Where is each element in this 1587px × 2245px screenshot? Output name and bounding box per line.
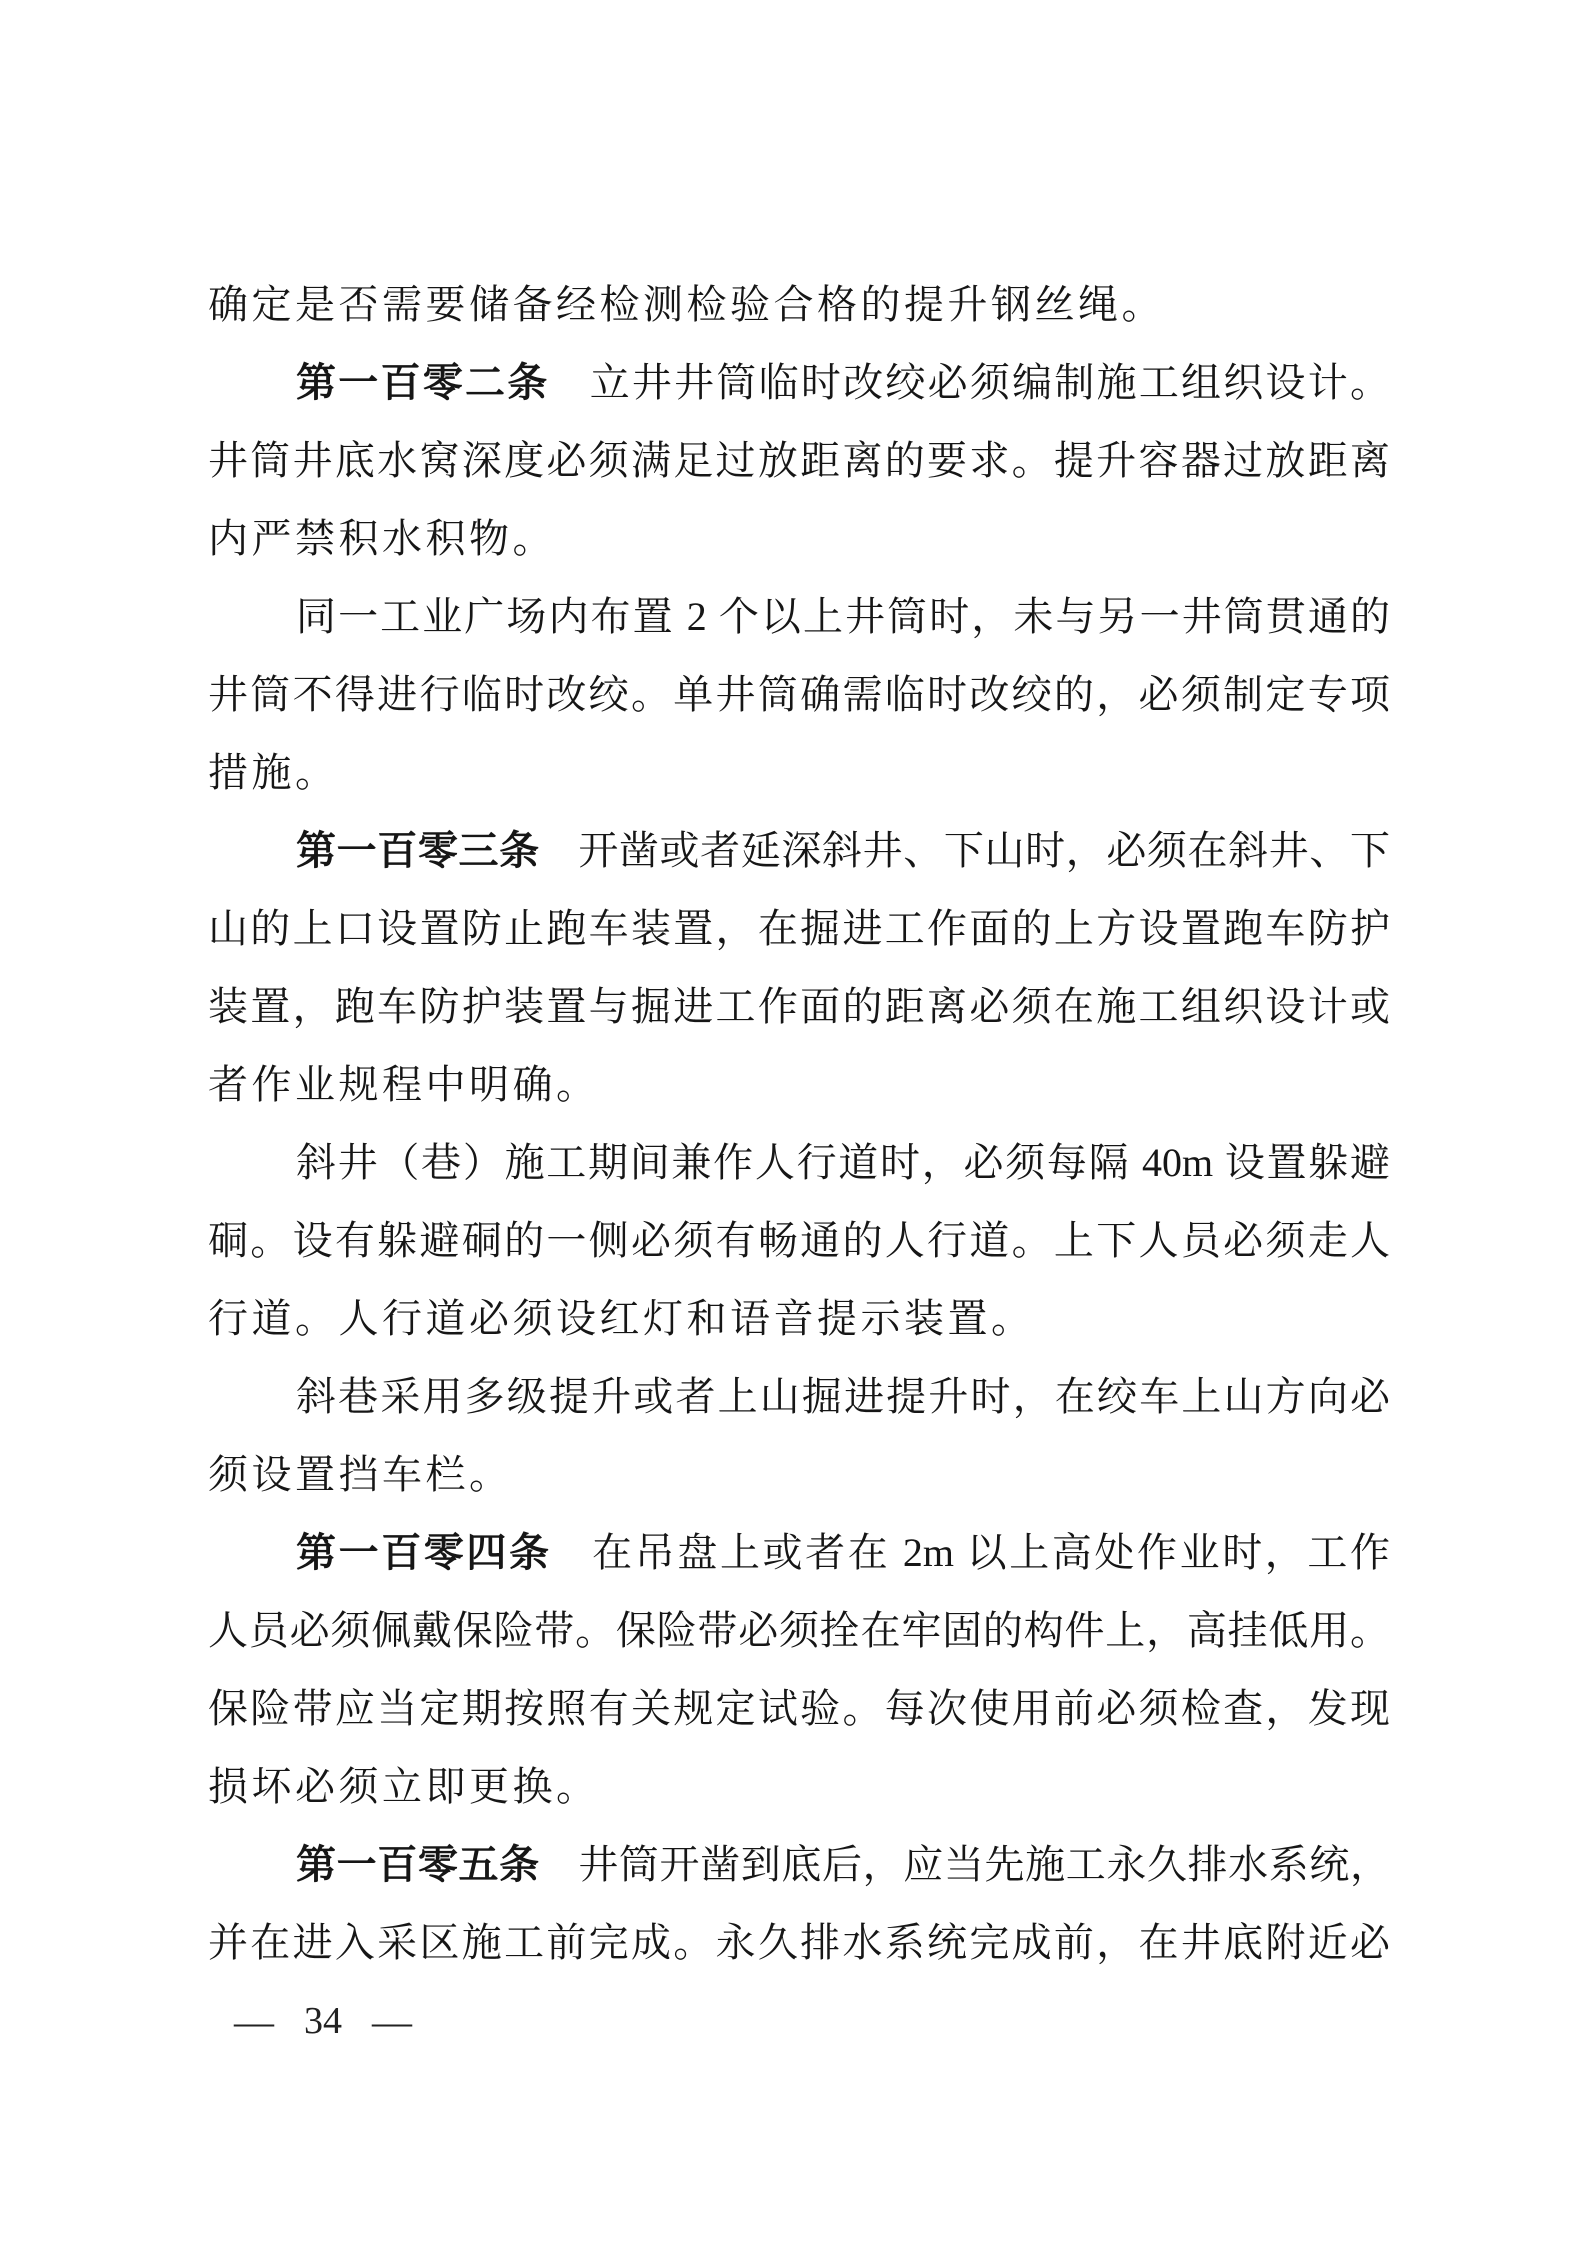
text-line: 内严禁积水积物。	[208, 500, 1390, 578]
line-text: 者作业规程中明确。	[208, 1062, 600, 1107]
article-number-gap	[549, 395, 587, 396]
article-number: 第一百零二条	[296, 360, 549, 405]
page-footer: — 34 —	[208, 1996, 412, 2046]
text-line: 硐。设有躲避硐的一侧必须有畅通的人行道。上下人员必须走人	[208, 1202, 1390, 1280]
line-text: 山的上口设置防止跑车装置，在掘进工作面的上方设置跑车防护	[208, 906, 1390, 951]
text-line: 装置，跑车防护装置与掘进工作面的距离必须在施工组织设计或	[208, 968, 1390, 1046]
line-text: 井筒开凿到底后，应当先施工永久排水系统，	[578, 1842, 1390, 1887]
line-text: 同一工业广场内布置 2 个以上井筒时，未与另一井筒贯通的	[296, 594, 1390, 639]
text-line: 第一百零二条立井井筒临时改绞必须编制施工组织设计。	[208, 344, 1390, 422]
article-number: 第一百零三条	[296, 828, 540, 873]
text-line: 确定是否需要储备经检测检验合格的提升钢丝绳。	[208, 266, 1390, 344]
line-text: 斜巷采用多级提升或者上山掘进提升时，在绞车上山方向必	[296, 1374, 1390, 1419]
text-line: 山的上口设置防止跑车装置，在掘进工作面的上方设置跑车防护	[208, 890, 1390, 968]
text-line: 须设置挡车栏。	[208, 1436, 1390, 1514]
article-number: 第一百零五条	[296, 1842, 540, 1887]
footer-dash-left: —	[234, 1998, 274, 2045]
text-line: 斜巷采用多级提升或者上山掘进提升时，在绞车上山方向必	[208, 1358, 1390, 1436]
article-number-gap	[540, 863, 578, 864]
line-text: 装置，跑车防护装置与掘进工作面的距离必须在施工组织设计或	[208, 984, 1390, 1029]
line-text: 开凿或者延深斜井、下山时，必须在斜井、下	[578, 828, 1390, 873]
article-number-gap	[552, 1565, 590, 1566]
line-text: 损坏必须立即更换。	[208, 1764, 600, 1809]
text-line: 并在进入采区施工前完成。永久排水系统完成前，在井底附近必	[208, 1904, 1390, 1982]
text-line: 第一百零五条井筒开凿到底后，应当先施工永久排水系统，	[208, 1826, 1390, 1904]
text-line: 同一工业广场内布置 2 个以上井筒时，未与另一井筒贯通的	[208, 578, 1390, 656]
article-number: 第一百零四条	[296, 1530, 552, 1575]
text-line: 损坏必须立即更换。	[208, 1748, 1390, 1826]
text-line: 井筒井底水窝深度必须满足过放距离的要求。提升容器过放距离	[208, 422, 1390, 500]
text-line: 斜井（巷）施工期间兼作人行道时，必须每隔 40m 设置躲避	[208, 1124, 1390, 1202]
line-text: 须设置挡车栏。	[208, 1452, 513, 1497]
line-text: 井筒井底水窝深度必须满足过放距离的要求。提升容器过放距离	[208, 438, 1390, 483]
line-text: 内严禁积水积物。	[208, 516, 556, 561]
line-text: 斜井（巷）施工期间兼作人行道时，必须每隔 40m 设置躲避	[296, 1140, 1390, 1185]
line-text: 行道。人行道必须设红灯和语音提示装置。	[208, 1296, 1035, 1341]
line-text: 人员必须佩戴保险带。保险带必须拴在牢固的构件上，高挂低用。	[208, 1608, 1390, 1653]
line-text: 硐。设有躲避硐的一侧必须有畅通的人行道。上下人员必须走人	[208, 1218, 1390, 1263]
line-text: 确定是否需要储备经检测检验合格的提升钢丝绳。	[208, 282, 1165, 327]
text-line: 保险带应当定期按照有关规定试验。每次使用前必须检查，发现	[208, 1670, 1390, 1748]
line-text: 措施。	[208, 750, 339, 795]
line-text: 保险带应当定期按照有关规定试验。每次使用前必须检查，发现	[208, 1686, 1390, 1731]
text-line: 者作业规程中明确。	[208, 1046, 1390, 1124]
text-line: 第一百零三条开凿或者延深斜井、下山时，必须在斜井、下	[208, 812, 1390, 890]
line-text: 立井井筒临时改绞必须编制施工组织设计。	[587, 360, 1390, 405]
text-block: 确定是否需要储备经检测检验合格的提升钢丝绳。第一百零二条立井井筒临时改绞必须编制…	[208, 266, 1390, 1982]
text-line: 人员必须佩戴保险带。保险带必须拴在牢固的构件上，高挂低用。	[208, 1592, 1390, 1670]
document-page: 确定是否需要储备经检测检验合格的提升钢丝绳。第一百零二条立井井筒临时改绞必须编制…	[0, 0, 1587, 2245]
line-text: 井筒不得进行临时改绞。单井筒确需临时改绞的，必须制定专项	[208, 672, 1390, 717]
line-text: 并在进入采区施工前完成。永久排水系统完成前，在井底附近必	[208, 1920, 1390, 1965]
article-number-gap	[540, 1877, 578, 1878]
line-text: 在吊盘上或者在 2m 以上高处作业时，工作	[590, 1530, 1390, 1575]
footer-dash-right: —	[372, 1998, 412, 2045]
text-line: 第一百零四条在吊盘上或者在 2m 以上高处作业时，工作	[208, 1514, 1390, 1592]
text-line: 措施。	[208, 734, 1390, 812]
text-line: 井筒不得进行临时改绞。单井筒确需临时改绞的，必须制定专项	[208, 656, 1390, 734]
page-number: 34	[304, 1999, 342, 2043]
text-line: 行道。人行道必须设红灯和语音提示装置。	[208, 1280, 1390, 1358]
